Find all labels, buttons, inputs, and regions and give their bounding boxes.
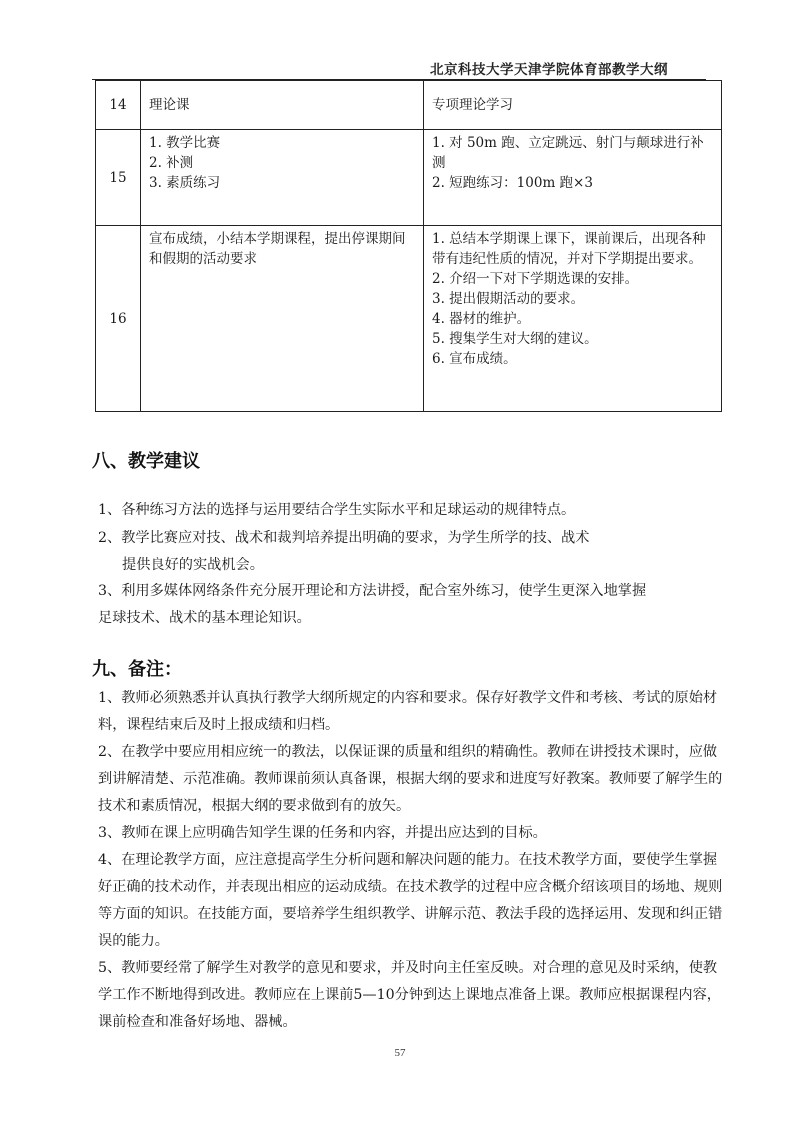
note-item: 1、教师必须熟悉并认真执行教学大纲所规定的内容和要求。保存好教学文件和考核、考试… <box>98 685 728 739</box>
notes-list: 1、教师必须熟悉并认真执行教学大纲所规定的内容和要求。保存好教学文件和考核、考试… <box>98 685 728 1036</box>
table-row: 16 宣布成绩，小结本学期课程，提出停课期间和假期的活动要求 1. 总结本学期课… <box>96 226 722 412</box>
detail-line: 2. 介绍一下对下学期选课的安排。 <box>432 269 713 289</box>
detail-line: 1. 总结本学期课上课下，课前课后，出现各种带有违纪性质的情况，并对下学期提出要… <box>432 229 713 269</box>
schedule-table: 14 理论课 专项理论学习 15 1. 教学比赛 2. 补测 3. 素质练习 1… <box>95 80 722 412</box>
suggestion-text-continued: 提供良好的实战机会。 <box>98 552 728 579</box>
running-header-title: 北京科技大学天津学院体育部教学大纲 <box>430 58 668 78</box>
content-line: 宣布成绩，小结本学期课程，提出停课期间和假期的活动要求 <box>149 229 415 269</box>
content-line: 3. 素质练习 <box>149 173 415 193</box>
content-cell: 1. 教学比赛 2. 补测 3. 素质练习 <box>141 130 424 226</box>
content-cell: 宣布成绩，小结本学期课程，提出停课期间和假期的活动要求 <box>141 226 424 412</box>
suggestion-item: 2、教学比赛应对技、战术和裁判培养提出明确的要求，为学生所学的技、战术 提供良好… <box>98 525 728 579</box>
note-item: 3、教师在课上应明确告知学生课的任务和内容，并提出应达到的目标。 <box>98 820 728 847</box>
week-number-cell: 16 <box>96 226 141 412</box>
note-item: 5、教师要经常了解学生对教学的意见和要求，并及时向主任室反映。对合理的意见及时采… <box>98 955 728 1036</box>
suggestion-text-continued: 足球技术、战术的基本理论知识。 <box>98 605 728 632</box>
table-row: 14 理论课 专项理论学习 <box>96 81 722 130</box>
content-line: 理论课 <box>149 95 415 115</box>
suggestion-text: 3、利用多媒体网络条件充分展开理论和方法讲授，配合室外练习，使学生更深入地掌握 <box>98 578 728 605</box>
detail-line: 1. 对 50m 跑、立定跳远、射门与颠球进行补测 <box>432 133 713 173</box>
detail-line: 6. 宣布成绩。 <box>432 349 713 369</box>
suggestion-item: 3、利用多媒体网络条件充分展开理论和方法讲授，配合室外练习，使学生更深入地掌握 … <box>98 578 728 632</box>
detail-cell: 1. 总结本学期课上课下，课前课后，出现各种带有违纪性质的情况，并对下学期提出要… <box>424 226 722 412</box>
content-line: 1. 教学比赛 <box>149 133 415 153</box>
week-number-cell: 14 <box>96 81 141 130</box>
suggestion-text: 2、教学比赛应对技、战术和裁判培养提出明确的要求，为学生所学的技、战术 <box>98 525 728 552</box>
content-line: 2. 补测 <box>149 153 415 173</box>
week-number-cell: 15 <box>96 130 141 226</box>
detail-line: 专项理论学习 <box>432 95 713 115</box>
note-item: 4、在理论教学方面，应注意提高学生分析问题和解决问题的能力。在技术教学方面，要使… <box>98 847 728 955</box>
detail-cell: 1. 对 50m 跑、立定跳远、射门与颠球进行补测 2. 短跑练习：100m 跑… <box>424 130 722 226</box>
detail-line: 2. 短跑练习：100m 跑×3 <box>432 173 713 193</box>
note-item: 2、在教学中要应用相应统一的教法，以保证课的质量和组织的精确性。教师在讲授技术课… <box>98 739 728 820</box>
detail-line: 3. 提出假期活动的要求。 <box>432 289 713 309</box>
suggestion-item: 1、各种练习方法的选择与运用要结合学生实际水平和足球运动的规律特点。 <box>98 497 728 524</box>
table-row: 15 1. 教学比赛 2. 补测 3. 素质练习 1. 对 50m 跑、立定跳远… <box>96 130 722 226</box>
detail-cell: 专项理论学习 <box>424 81 722 130</box>
page-number: 57 <box>0 1047 800 1059</box>
suggestion-text: 1、各种练习方法的选择与运用要结合学生实际水平和足球运动的规律特点。 <box>98 497 728 524</box>
detail-line: 5. 搜集学生对大纲的建议。 <box>432 329 713 349</box>
section-title-teaching-suggestions: 八、教学建议 <box>92 447 200 473</box>
content-cell: 理论课 <box>141 81 424 130</box>
section-title-notes: 九、备注： <box>92 655 182 681</box>
detail-line: 4. 器材的维护。 <box>432 309 713 329</box>
